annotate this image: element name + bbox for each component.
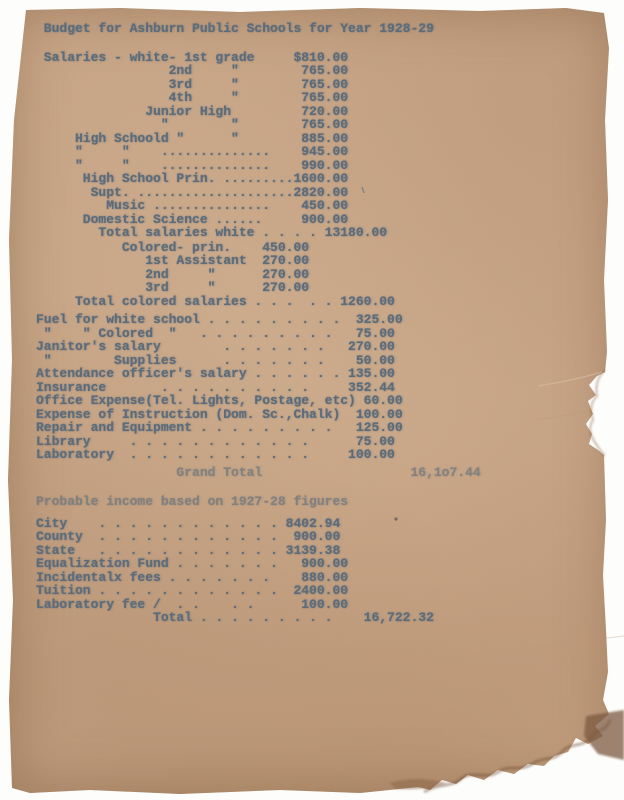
typewritten-line: Insurance . . . . . . . . . . 352.44 [36, 381, 481, 395]
typewritten-line: 3rd " 765.00 [36, 78, 481, 92]
typewritten-line: 3rd " 270.00 [36, 281, 481, 295]
typewritten-line: Probable income based on 1927-28 figures [36, 495, 481, 509]
typewritten-line: Tuition . . . . . . . . . . . . 2400.00 [36, 584, 481, 598]
typewritten-line: " " Colored " . . . . . . . . . 75.00 [36, 327, 481, 341]
typewritten-line: " " .............. 945.00 [36, 145, 481, 159]
section-salaries-colored: Colored- prin. 450.00 1st Assistant 270.… [36, 241, 481, 309]
section-title: Budget for Ashburn Public Schools for Ye… [36, 22, 481, 36]
section-income: City . . . . . . . . . . . . 8402.94Coun… [36, 517, 481, 625]
section-expenses: Fuel for white school . . . . . . . . . … [36, 313, 481, 462]
typewritten-line: Domestic Science ...... 900.00 [36, 213, 481, 227]
typewritten-line: State . . . . . . . . . . . . 3139.38 [36, 544, 481, 558]
typewritten-line: " " 765.00 [36, 118, 481, 132]
typewritten-line: Grand Total 16,1o7.44 [36, 466, 481, 480]
typewritten-line: 2nd " 765.00 [36, 64, 481, 78]
typewritten-line: Supt. ....................2820.00 [36, 186, 481, 200]
typewritten-line: Repair and Equipment . . . . . . . . . 1… [36, 421, 481, 435]
typewritten-line: Attendance officer's salary . . . . . . … [36, 367, 481, 381]
paper-sheet: Budget for Ashburn Public Schools for Ye… [0, 0, 624, 800]
typewritten-line: Budget for Ashburn Public Schools for Ye… [36, 22, 481, 36]
section-grand-total: Grand Total 16,1o7.44 [36, 466, 481, 480]
typewritten-line: Laboratory . . . . . . . . . . . . 100.0… [36, 448, 481, 462]
typewritten-line: Salaries - white- 1st grade $810.00 [36, 51, 481, 65]
typewritten-line: Total salaries white . . . . 13180.00 [36, 226, 481, 240]
typewritten-line: Equalization Fund . . . . . . . 900.00 [36, 557, 481, 571]
section-income-heading: Probable income based on 1927-28 figures [36, 495, 481, 509]
typewritten-line: Library . . . . . . . . . . . . 75.00 [36, 435, 481, 449]
typewritten-line: Fuel for white school . . . . . . . . . … [36, 313, 481, 327]
typewritten-text: Budget for Ashburn Public Schools for Ye… [36, 22, 481, 625]
typewritten-line: Total . . . . . . . . . 16,722.32 [36, 611, 481, 625]
typewritten-line: Janitor's salary . . . . . . . 270.00 [36, 340, 481, 354]
typewritten-line: Incidentalx fees . . . . . . . 880.00 [36, 571, 481, 585]
typewritten-line: Junior High 720.00 [36, 105, 481, 119]
typewritten-line: Total colored salaries . . . . . 1260.00 [36, 295, 481, 309]
typewritten-line: Music ............... 450.00 [36, 199, 481, 213]
typewritten-line: City . . . . . . . . . . . . 8402.94 [36, 517, 481, 531]
typewritten-line: 2nd " 270.00 [36, 268, 481, 282]
typewritten-line: Laboratory fee / . . . . 100.00 [36, 598, 481, 612]
section-salaries-white: Salaries - white- 1st grade $810.00 2nd … [36, 51, 481, 240]
typewritten-line: 4th " 765.00 [36, 91, 481, 105]
typewritten-line: Expense of Instruction (Dom. Sc.,Chalk) … [36, 408, 481, 422]
typewritten-line: Colored- prin. 450.00 [36, 241, 481, 255]
typewritten-line: County . . . . . . . . . . . . 900.00 [36, 530, 481, 544]
typewritten-line: 1st Assistant 270.00 [36, 254, 481, 268]
typewritten-line: " Supplies . . . . . . . 50.00 [36, 354, 481, 368]
typewritten-line: " " .............. 990.00 [36, 159, 481, 173]
typewritten-line: High Schoold " " 885.00 [36, 132, 481, 146]
scan-background: Budget for Ashburn Public Schools for Ye… [0, 0, 624, 800]
typewritten-line: Office Expense(Tel. Lights, Postage, etc… [36, 394, 481, 408]
typewritten-line: High School Prin. .........1600.00 [36, 172, 481, 186]
